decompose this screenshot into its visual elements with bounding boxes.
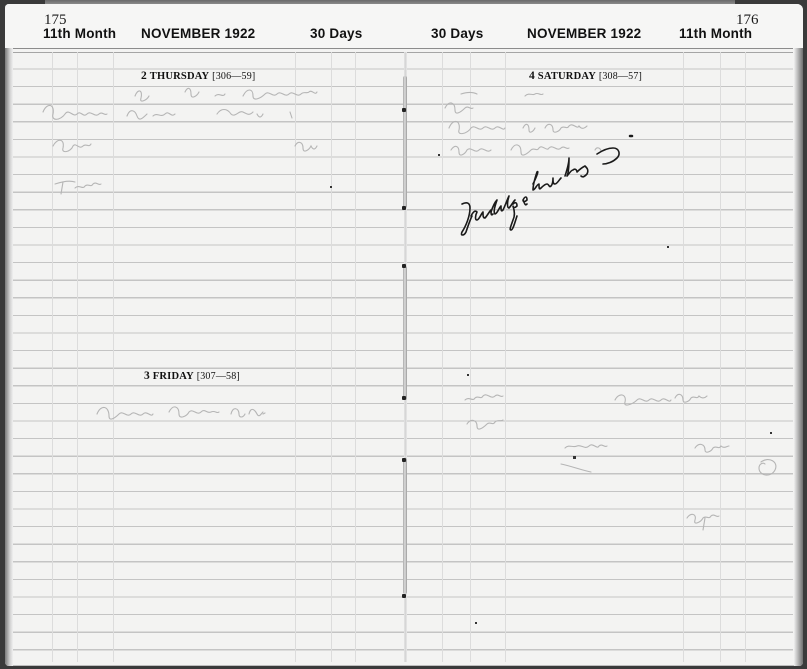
diary-spread: 175 11th Month NOVEMBER 1922 30 Days 176… (5, 4, 803, 666)
stitch-knot (402, 396, 406, 400)
binding-stitch (403, 266, 407, 400)
paper-speck (475, 622, 477, 624)
binding-stitch (403, 458, 407, 594)
left-days-in-month: 30 Days (310, 26, 362, 41)
paper-speck (770, 432, 772, 434)
column-rule (442, 52, 443, 662)
right-month-ordinal: 11th Month (679, 26, 752, 41)
left-month-ordinal: 11th Month (43, 26, 116, 41)
column-rule (470, 52, 471, 662)
right-days-in-month: 30 Days (431, 26, 483, 41)
page-edge-left (5, 4, 13, 666)
column-rule (331, 52, 332, 662)
day-count: [307—58] (197, 371, 240, 382)
day-heading-friday: 3 FRIDAY [307—58] (144, 370, 240, 382)
column-rule (505, 52, 506, 662)
day-number: 2 (141, 70, 147, 82)
stitch-knot (402, 108, 406, 112)
column-rule (295, 52, 296, 662)
stitch-knot (402, 264, 406, 268)
column-rule (745, 52, 746, 662)
stitch-knot (402, 206, 406, 210)
right-month-year: NOVEMBER 1922 (527, 26, 641, 41)
paper-speck (667, 246, 669, 248)
paper-speck (438, 154, 440, 156)
column-rule (355, 52, 356, 662)
stitch-knot (402, 458, 406, 462)
page-edge-right (794, 4, 803, 666)
left-month-year: NOVEMBER 1922 (141, 26, 255, 41)
day-heading-saturday: 4 SATURDAY [308—57] (529, 70, 642, 82)
column-rule (720, 52, 721, 662)
stitch-knot (402, 594, 406, 598)
day-count: [308—57] (599, 71, 642, 82)
weekday: FRIDAY (153, 371, 194, 382)
day-count: [306—59] (212, 71, 255, 82)
day-number: 3 (144, 370, 150, 382)
paper-speck (573, 456, 576, 459)
column-rule (77, 52, 78, 662)
paper-speck (467, 374, 469, 376)
paper-speck (330, 186, 332, 188)
day-number: 4 (529, 70, 535, 82)
column-rule (52, 52, 53, 662)
column-rule (683, 52, 684, 662)
binding-stitch (403, 76, 407, 208)
day-heading-thursday: 2 THURSDAY [306—59] (141, 70, 255, 82)
column-rule (113, 52, 114, 662)
weekday: THURSDAY (150, 71, 210, 82)
weekday: SATURDAY (538, 71, 596, 82)
